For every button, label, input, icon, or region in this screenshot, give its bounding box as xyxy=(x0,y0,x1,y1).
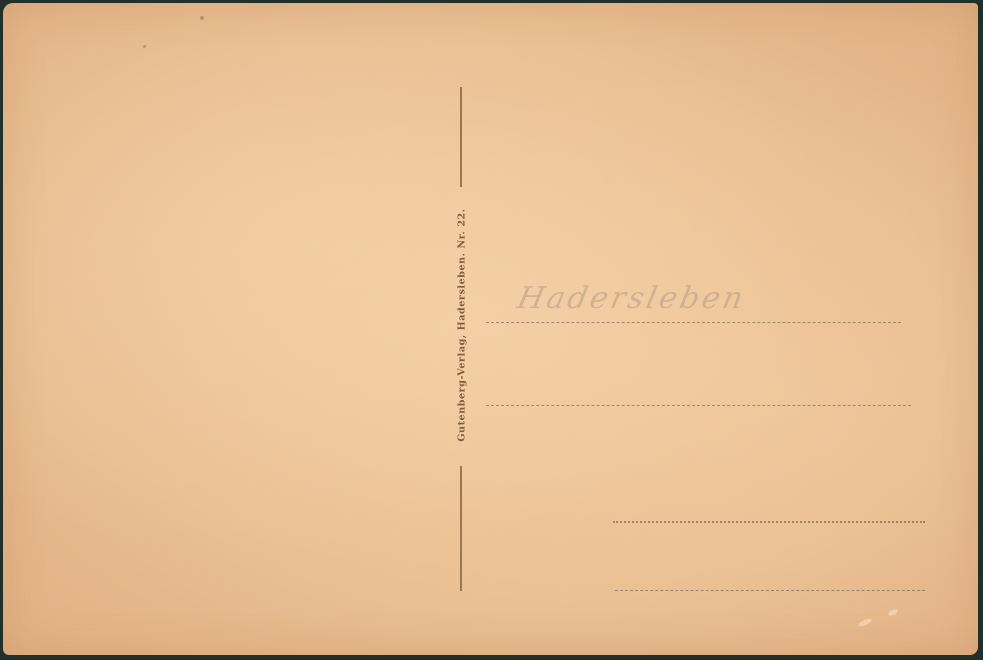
address-line-1 xyxy=(486,322,901,323)
center-divider-top xyxy=(460,87,462,187)
address-line-3 xyxy=(613,521,925,523)
paper-wear-mark xyxy=(887,608,898,617)
address-line-2 xyxy=(486,405,911,406)
paper-speck xyxy=(200,16,204,20)
address-line-4 xyxy=(615,590,925,591)
postcard-back: Gutenberg-Verlag, Hadersleben. Nr. 22. H… xyxy=(3,3,978,655)
center-divider-bottom xyxy=(460,466,462,591)
paper-wear-mark xyxy=(858,617,873,627)
scan-background: Gutenberg-Verlag, Hadersleben. Nr. 22. H… xyxy=(0,0,983,660)
handwritten-pencil-note: Hadersleben xyxy=(514,281,749,316)
paper-speck xyxy=(143,45,146,48)
publisher-imprint: Gutenberg-Verlag, Hadersleben. Nr. 22. xyxy=(457,208,468,441)
